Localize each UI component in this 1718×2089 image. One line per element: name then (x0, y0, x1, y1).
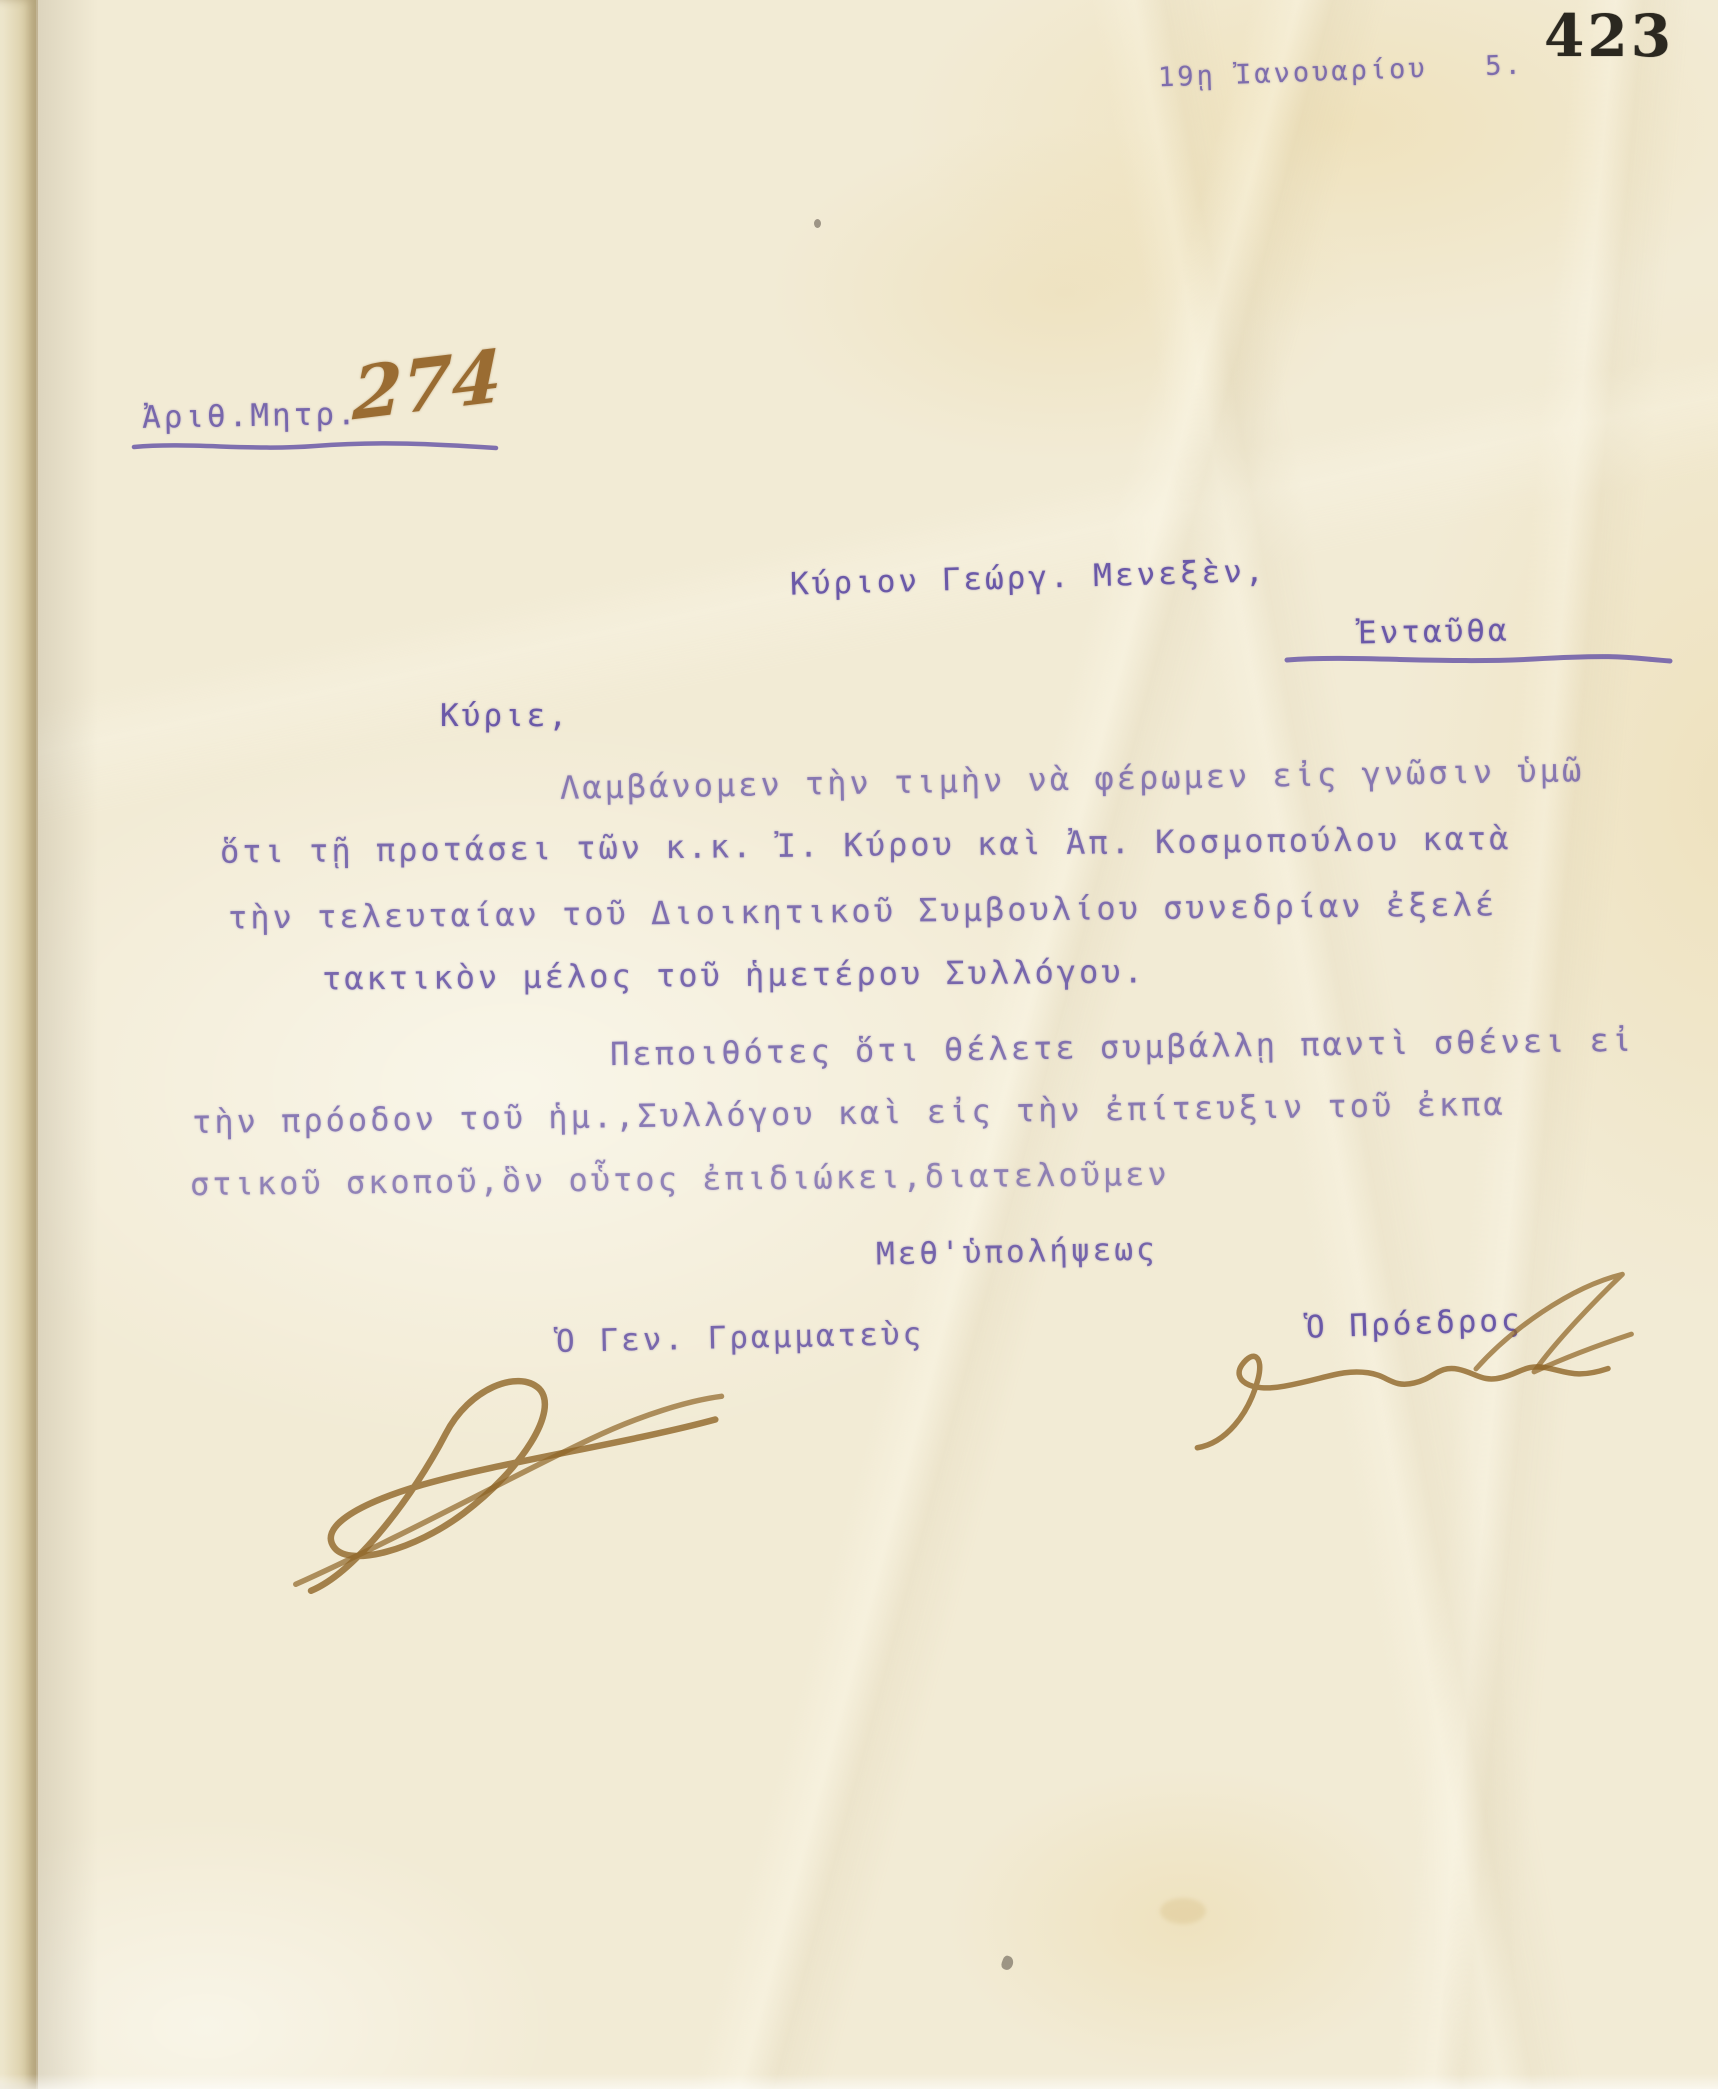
registry-label: Ἀριθ.Μητρ. (142, 396, 359, 436)
ink-speck (1000, 1955, 1015, 1972)
body-line: τὴν τελευταίαν τοῦ Διοικητικοῦ Συμβουλίο… (228, 885, 1497, 936)
paper-stain (1160, 1898, 1206, 1924)
body-line: Πεποιθότες ὅτι θέλετε συμβάλλῃ παντὶ σθέ… (610, 1021, 1635, 1073)
binding-shadow (38, 0, 98, 2089)
page-number: 423 (1544, 2, 1674, 70)
secretary-signature (258, 1344, 746, 1601)
page-bottom-edge (0, 2074, 1718, 2089)
body-line: τακτικὸν μέλος τοῦ ἡμετέρου Συλλόγου. (322, 952, 1146, 997)
valediction: Μεθ'ὑπολήψεως (876, 1232, 1158, 1273)
place-underline (1284, 652, 1674, 668)
body-line: ὅτι τῇ προτάσει τῶν κ.κ. Ἰ. Κύρου καὶ Ἀπ… (220, 819, 1512, 871)
date-line: 19ῃ Ἰανουαρίου 5. (1158, 50, 1525, 94)
registry-number-handwritten: 274 (352, 332, 503, 436)
body-line: στικοῦ σκοποῦ,ὃν οὗτος ἐπιδιώκει,διατελο… (190, 1155, 1170, 1203)
place-line: Ἐνταῦθα (1358, 613, 1510, 652)
president-signature (1174, 1268, 1647, 1471)
body-line: Λαμβάνομεν τὴν τιμὴν νὰ φέρωμεν εἰς γνῶσ… (560, 751, 1585, 807)
body-line: τὴν πρόοδον τοῦ ἡμ.,Συλλόγου καὶ εἰς τὴν… (192, 1085, 1506, 1141)
addressee-line: Κύριον Γεώργ. Μενεξὲν, (790, 553, 1267, 602)
ink-speck (814, 219, 821, 228)
scanned-letter-page: 423 19ῃ Ἰανουαρίου 5. Ἀριθ.Μητρ. 274 Κύρ… (0, 0, 1718, 2089)
binding-edge (0, 0, 38, 2089)
registry-underline (130, 438, 502, 454)
salutation: Κύριε, (440, 698, 570, 734)
